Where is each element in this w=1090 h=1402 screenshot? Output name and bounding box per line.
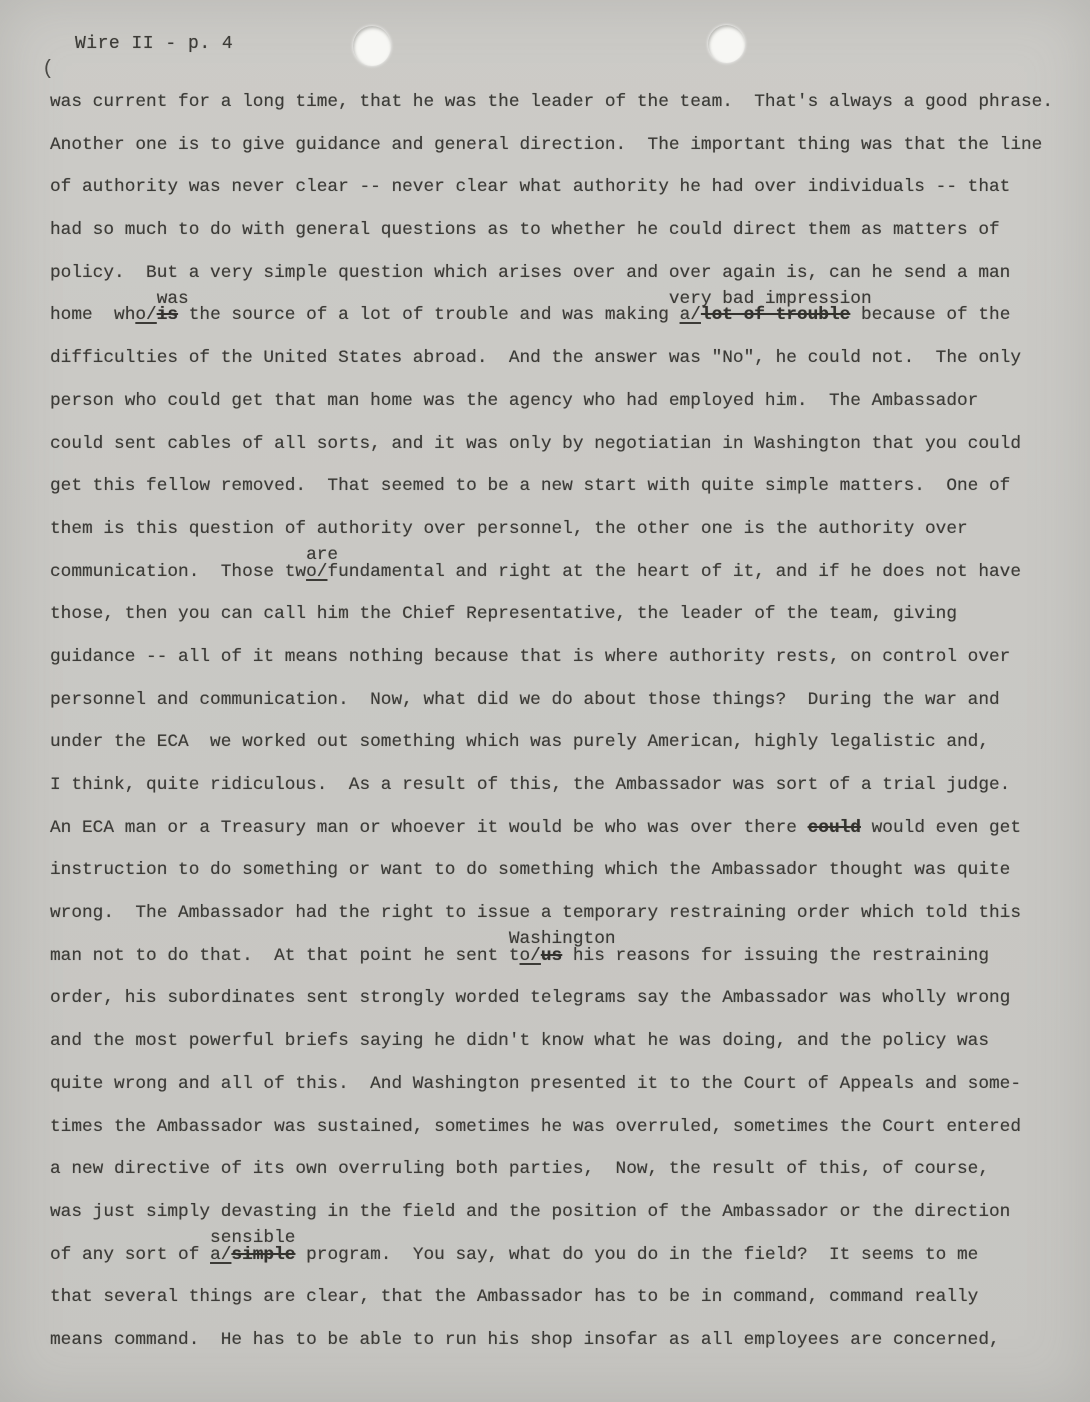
typed-line-text: a new directive of its own overruling bo… [50, 1159, 989, 1180]
typed-line: times the Ambassador was sustained, some… [50, 1117, 1080, 1160]
typed-line: home who/is the source of a lot of troub… [50, 305, 1080, 348]
typed-line: person who could get that man home was t… [50, 391, 1080, 434]
text-segment: the source of a lot of trouble and was m… [178, 305, 680, 325]
typed-line: I think, quite ridiculous. As a result o… [50, 775, 1080, 818]
typed-line: order, his subordinates sent strongly wo… [50, 988, 1080, 1031]
typed-line: of authority was never clear -- never cl… [50, 177, 1080, 220]
typed-line: could sent cables of all sorts, and it w… [50, 434, 1080, 477]
text-segment: of any sort of [50, 1245, 210, 1265]
document-body: was current for a long time, that he was… [50, 92, 1080, 1373]
typed-line-text: of authority was never clear -- never cl… [50, 177, 1010, 198]
hole-punch-left [353, 26, 391, 66]
typed-line: man not to do that. At that point he sen… [50, 946, 1080, 989]
text-segment: them is this question of authority over … [50, 519, 968, 539]
struck-out-text: could [808, 818, 861, 838]
typed-line: instruction to do something or want to d… [50, 860, 1080, 903]
text-segment: Another one is to give guidance and gene… [50, 135, 1042, 155]
typed-line-text: Another one is to give guidance and gene… [50, 135, 1042, 156]
text-segment: that several things are clear, that the … [50, 1287, 978, 1307]
text-segment: home wh [50, 305, 135, 325]
typed-line-text: could sent cables of all sorts, and it w… [50, 434, 1021, 455]
text-segment: order, his subordinates sent strongly wo… [50, 988, 1010, 1008]
text-segment: could sent cables of all sorts, and it w… [50, 434, 1021, 454]
typed-line: of any sort of a/simple program. You say… [50, 1245, 1080, 1288]
typed-line: them is this question of authority over … [50, 519, 1080, 562]
typed-line-text: wrong. The Ambassador had the right to i… [50, 903, 1021, 924]
text-segment: quite wrong and all of this. And Washing… [50, 1074, 1021, 1094]
typed-line-text: instruction to do something or want to d… [50, 860, 1010, 881]
typed-line-text: times the Ambassador was sustained, some… [50, 1117, 1021, 1138]
stray-pen-mark: ( [42, 58, 54, 81]
typed-line-text: means command. He has to be able to run … [50, 1330, 1000, 1351]
typed-line: communication. Those two/fundamental and… [50, 562, 1080, 605]
typed-line-text: them is this question of authority over … [50, 519, 968, 540]
typed-line: guidance -- all of it means nothing beca… [50, 647, 1080, 690]
text-segment: fundamental and right at the heart of it… [327, 562, 1021, 582]
typed-line-text: get this fellow removed. That seemed to … [50, 476, 1010, 497]
interlinear-correction: sensible [210, 1229, 295, 1249]
text-segment: man not to do that. At that point he sen… [50, 946, 520, 966]
typed-line-text: under the ECA we worked out something wh… [50, 732, 989, 753]
text-segment: person who could get that man home was t… [50, 391, 978, 411]
page: Wire II - p. 4 ( was current for a long … [0, 0, 1090, 1402]
page-title: Wire II - p. 4 [75, 34, 233, 54]
text-segment: of authority was never clear -- never cl… [50, 177, 1010, 197]
text-segment: because of the [850, 305, 1010, 325]
text-segment: get this fellow removed. That seemed to … [50, 476, 1010, 496]
typed-line-text: and the most powerful briefs saying he d… [50, 1031, 989, 1052]
text-segment: and the most powerful briefs saying he d… [50, 1031, 989, 1051]
typed-line-text: personnel and communication. Now, what d… [50, 690, 1000, 711]
typed-line: had so much to do with general questions… [50, 220, 1080, 263]
typed-line-text: was just simply devasting in the field a… [50, 1202, 1010, 1223]
text-segment: those, then you can call him the Chief R… [50, 604, 957, 624]
typed-line-text: person who could get that man home was t… [50, 391, 978, 412]
insertion-mark: o/ [135, 305, 156, 325]
typed-line: a new directive of its own overruling bo… [50, 1159, 1080, 1202]
typed-line-text: guidance -- all of it means nothing beca… [50, 647, 1010, 668]
interlinear-correction: was [157, 290, 189, 310]
text-segment: An ECA man or a Treasury man or whoever … [50, 818, 808, 838]
typed-line-text: had so much to do with general questions… [50, 220, 1000, 241]
typed-line-text: communication. Those two/fundamental and… [50, 562, 1021, 583]
interlinear-correction: very bad impression [669, 290, 872, 310]
text-segment: personnel and communication. Now, what d… [50, 690, 1000, 710]
typed-line: that several things are clear, that the … [50, 1287, 1080, 1330]
typed-line: policy. But a very simple question which… [50, 263, 1080, 306]
typed-line-text: was current for a long time, that he was… [50, 92, 1053, 113]
text-segment: means command. He has to be able to run … [50, 1330, 1000, 1350]
typed-line-text: order, his subordinates sent strongly wo… [50, 988, 1010, 1009]
text-segment: communication. Those tw [50, 562, 306, 582]
text-segment: his reasons for issuing the restraining [562, 946, 989, 966]
typed-line: personnel and communication. Now, what d… [50, 690, 1080, 733]
text-segment: times the Ambassador was sustained, some… [50, 1117, 1021, 1137]
hole-punch-right [708, 25, 745, 63]
typed-line: difficulties of the United States abroad… [50, 348, 1080, 391]
typed-line-text: An ECA man or a Treasury man or whoever … [50, 818, 1021, 839]
typed-line-text: those, then you can call him the Chief R… [50, 604, 957, 625]
typed-line-text: of any sort of a/simple program. You say… [50, 1245, 978, 1266]
typed-line: get this fellow removed. That seemed to … [50, 476, 1080, 519]
typed-line: and the most powerful briefs saying he d… [50, 1031, 1080, 1074]
typed-line: Another one is to give guidance and gene… [50, 135, 1080, 178]
typed-line-text: that several things are clear, that the … [50, 1287, 978, 1308]
interlinear-correction: are [306, 546, 338, 566]
text-segment: a new directive of its own overruling bo… [50, 1159, 989, 1179]
text-segment: was current for a long time, that he was… [50, 92, 1053, 112]
typed-line: was just simply devasting in the field a… [50, 1202, 1080, 1245]
typed-line-text: I think, quite ridiculous. As a result o… [50, 775, 1010, 796]
text-segment: wrong. The Ambassador had the right to i… [50, 903, 1021, 923]
typed-line-text: difficulties of the United States abroad… [50, 348, 1021, 369]
typed-line: means command. He has to be able to run … [50, 1330, 1080, 1373]
text-segment: had so much to do with general questions… [50, 220, 1000, 240]
typed-line-text: policy. But a very simple question which… [50, 263, 1010, 284]
typed-line: those, then you can call him the Chief R… [50, 604, 1080, 647]
interlinear-correction: Washington [509, 930, 616, 950]
text-segment: I think, quite ridiculous. As a result o… [50, 775, 1010, 795]
text-segment: guidance -- all of it means nothing beca… [50, 647, 1010, 667]
typed-line: quite wrong and all of this. And Washing… [50, 1074, 1080, 1117]
text-segment: was just simply devasting in the field a… [50, 1202, 1010, 1222]
typed-line: under the ECA we worked out something wh… [50, 732, 1080, 775]
typed-line: An ECA man or a Treasury man or whoever … [50, 818, 1080, 861]
typed-line: was current for a long time, that he was… [50, 92, 1080, 135]
typed-line-text: quite wrong and all of this. And Washing… [50, 1074, 1021, 1095]
text-segment: program. You say, what do you do in the … [295, 1245, 978, 1265]
text-segment: difficulties of the United States abroad… [50, 348, 1021, 368]
text-segment: policy. But a very simple question which… [50, 263, 1010, 283]
text-segment: would even get [861, 818, 1021, 838]
text-segment: under the ECA we worked out something wh… [50, 732, 989, 752]
text-segment: instruction to do something or want to d… [50, 860, 1010, 880]
